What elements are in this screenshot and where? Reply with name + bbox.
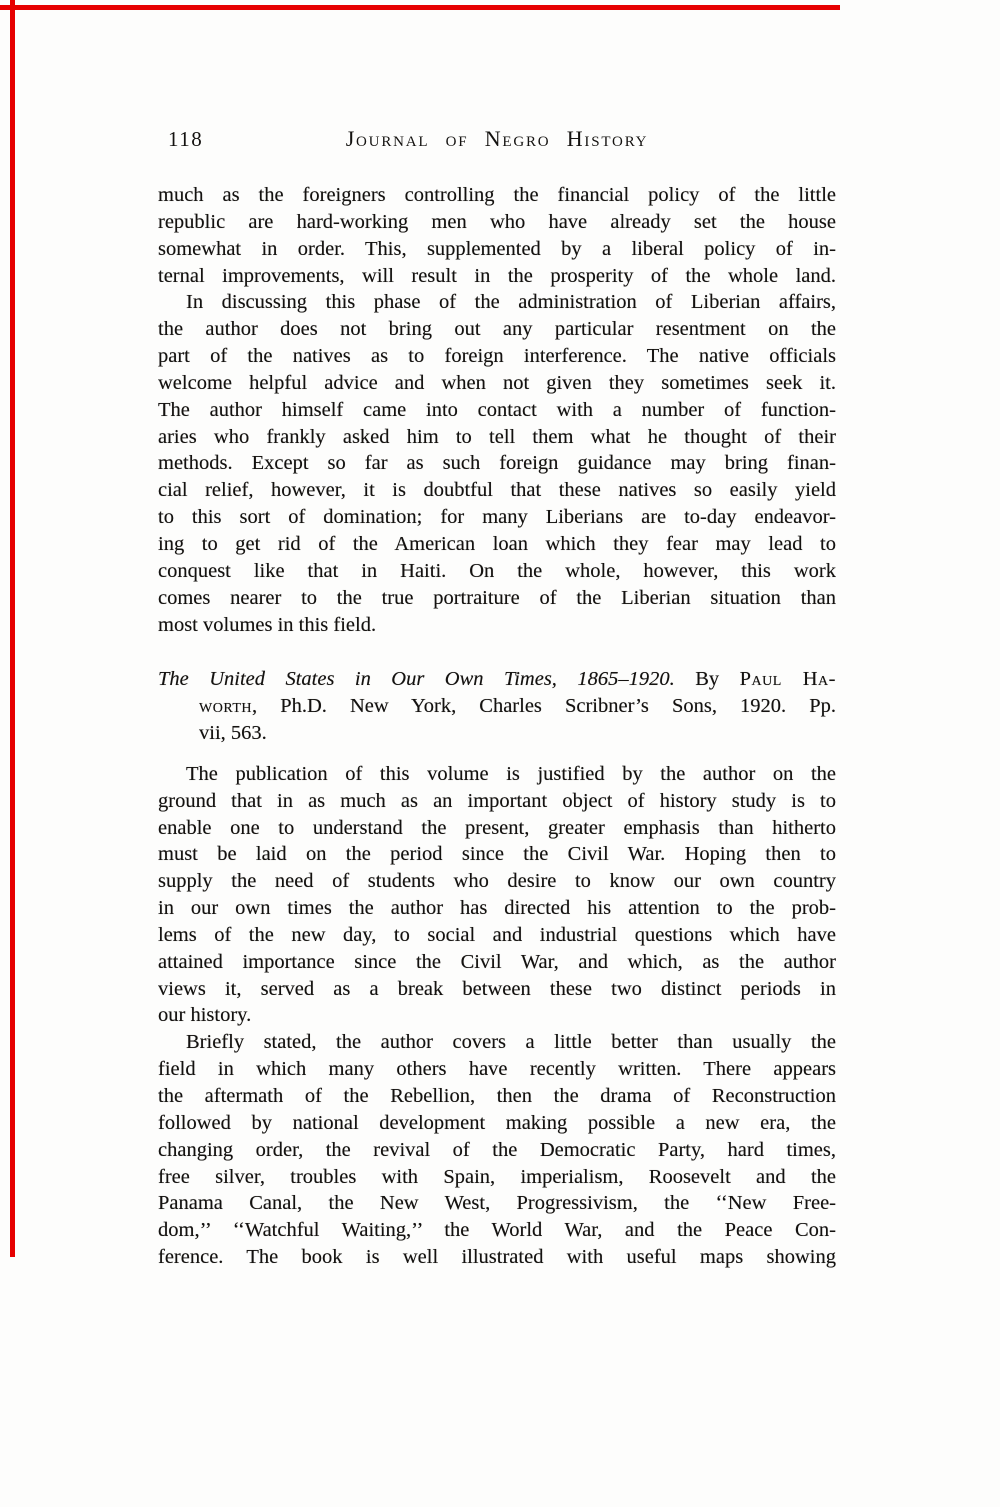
text-line: followed by national development making … bbox=[158, 1110, 836, 1137]
text-line: ing to get rid of the American loan whic… bbox=[158, 531, 836, 558]
text-line: in our own times the author has directed… bbox=[158, 895, 836, 922]
page-content: 118 Journal of Negro History much as the… bbox=[158, 126, 836, 1271]
text-line: changing order, the revival of the Democ… bbox=[158, 1137, 836, 1164]
citation-segment-it: The United States in Our Own Times, 1865… bbox=[158, 668, 675, 690]
text-line: attained importance since the Civil War,… bbox=[158, 949, 836, 976]
text-line: comes nearer to the true portraiture of … bbox=[158, 585, 836, 612]
text-line: The publication of this volume is justif… bbox=[158, 761, 836, 788]
text-line: the aftermath of the Rebellion, then the… bbox=[158, 1083, 836, 1110]
scan-artifact-vertical-red-line bbox=[10, 0, 15, 1257]
text-line: ference. The book is well illustrated wi… bbox=[158, 1244, 836, 1271]
page-number: 118 bbox=[168, 127, 203, 152]
text-line: The United States in Our Own Times, 1865… bbox=[158, 666, 836, 693]
text-line: vii, 563. bbox=[158, 720, 836, 747]
text-line: field in which many others have recently… bbox=[158, 1056, 836, 1083]
text-line: lems of the new day, to social and indus… bbox=[158, 922, 836, 949]
running-header: Journal of Negro History bbox=[158, 126, 836, 152]
text-line: welcome helpful advice and when not give… bbox=[158, 370, 836, 397]
paragraph: In discussing this phase of the administ… bbox=[158, 289, 836, 638]
book-citation: The United States in Our Own Times, 1865… bbox=[158, 666, 836, 747]
text-line: In discussing this phase of the administ… bbox=[158, 289, 836, 316]
text-line: cial relief, however, it is doubtful tha… bbox=[158, 477, 836, 504]
text-line: supply the need of students who desire t… bbox=[158, 868, 836, 895]
text-line: our history. bbox=[158, 1002, 836, 1029]
text-line: the author does not bring out any partic… bbox=[158, 316, 836, 343]
text-line: conquest like that in Haiti. On the whol… bbox=[158, 558, 836, 585]
text-line: free silver, troubles with Spain, imperi… bbox=[158, 1164, 836, 1191]
text-line: much as the foreigners controlling the f… bbox=[158, 182, 836, 209]
text-line: The author himself came into contact wit… bbox=[158, 397, 836, 424]
text-line: methods. Except so far as such foreign g… bbox=[158, 450, 836, 477]
text-line: ternal improvements, will result in the … bbox=[158, 263, 836, 290]
text-line: views it, served as a break between thes… bbox=[158, 976, 836, 1003]
page-header: 118 Journal of Negro History bbox=[158, 126, 836, 150]
text-line: most volumes in this field. bbox=[158, 612, 836, 639]
text-line: to this sort of domination; for many Lib… bbox=[158, 504, 836, 531]
citation-segment-rm: vii, 563. bbox=[199, 722, 267, 744]
scan-artifact-horizontal-red-line bbox=[0, 5, 840, 10]
paragraph: much as the foreigners controlling the f… bbox=[158, 182, 836, 289]
text-line: somewhat in order. This, supplemented by… bbox=[158, 236, 836, 263]
citation-segment-sc: Paul Ha- bbox=[740, 668, 836, 690]
text-line: worth, Ph.D. New York, Charles Scribner’… bbox=[158, 693, 836, 720]
text-line: dom,’’ ‘‘Watchful Waiting,’’ the World W… bbox=[158, 1217, 836, 1244]
text-line: must be laid on the period since the Civ… bbox=[158, 841, 836, 868]
paragraph: The publication of this volume is justif… bbox=[158, 761, 836, 1029]
citation-segment-rm: By bbox=[675, 668, 740, 690]
text-line: part of the natives as to foreign interf… bbox=[158, 343, 836, 370]
citation-segment-sc: worth bbox=[199, 695, 252, 717]
paragraph: Briefly stated, the author covers a litt… bbox=[158, 1029, 836, 1271]
text-line: Panama Canal, the New West, Progressivis… bbox=[158, 1190, 836, 1217]
citation-segment-rm: , Ph.D. New York, Charles Scribner’s Son… bbox=[252, 695, 836, 717]
text-line: enable one to understand the present, gr… bbox=[158, 815, 836, 842]
text-blocks: much as the foreigners controlling the f… bbox=[158, 182, 836, 1271]
text-line: ground that in as much as an important o… bbox=[158, 788, 836, 815]
text-line: republic are hard-working men who have a… bbox=[158, 209, 836, 236]
text-line: Briefly stated, the author covers a litt… bbox=[158, 1029, 836, 1056]
text-line: aries who frankly asked him to tell them… bbox=[158, 424, 836, 451]
scanned-journal-page: 118 Journal of Negro History much as the… bbox=[0, 0, 1000, 1507]
